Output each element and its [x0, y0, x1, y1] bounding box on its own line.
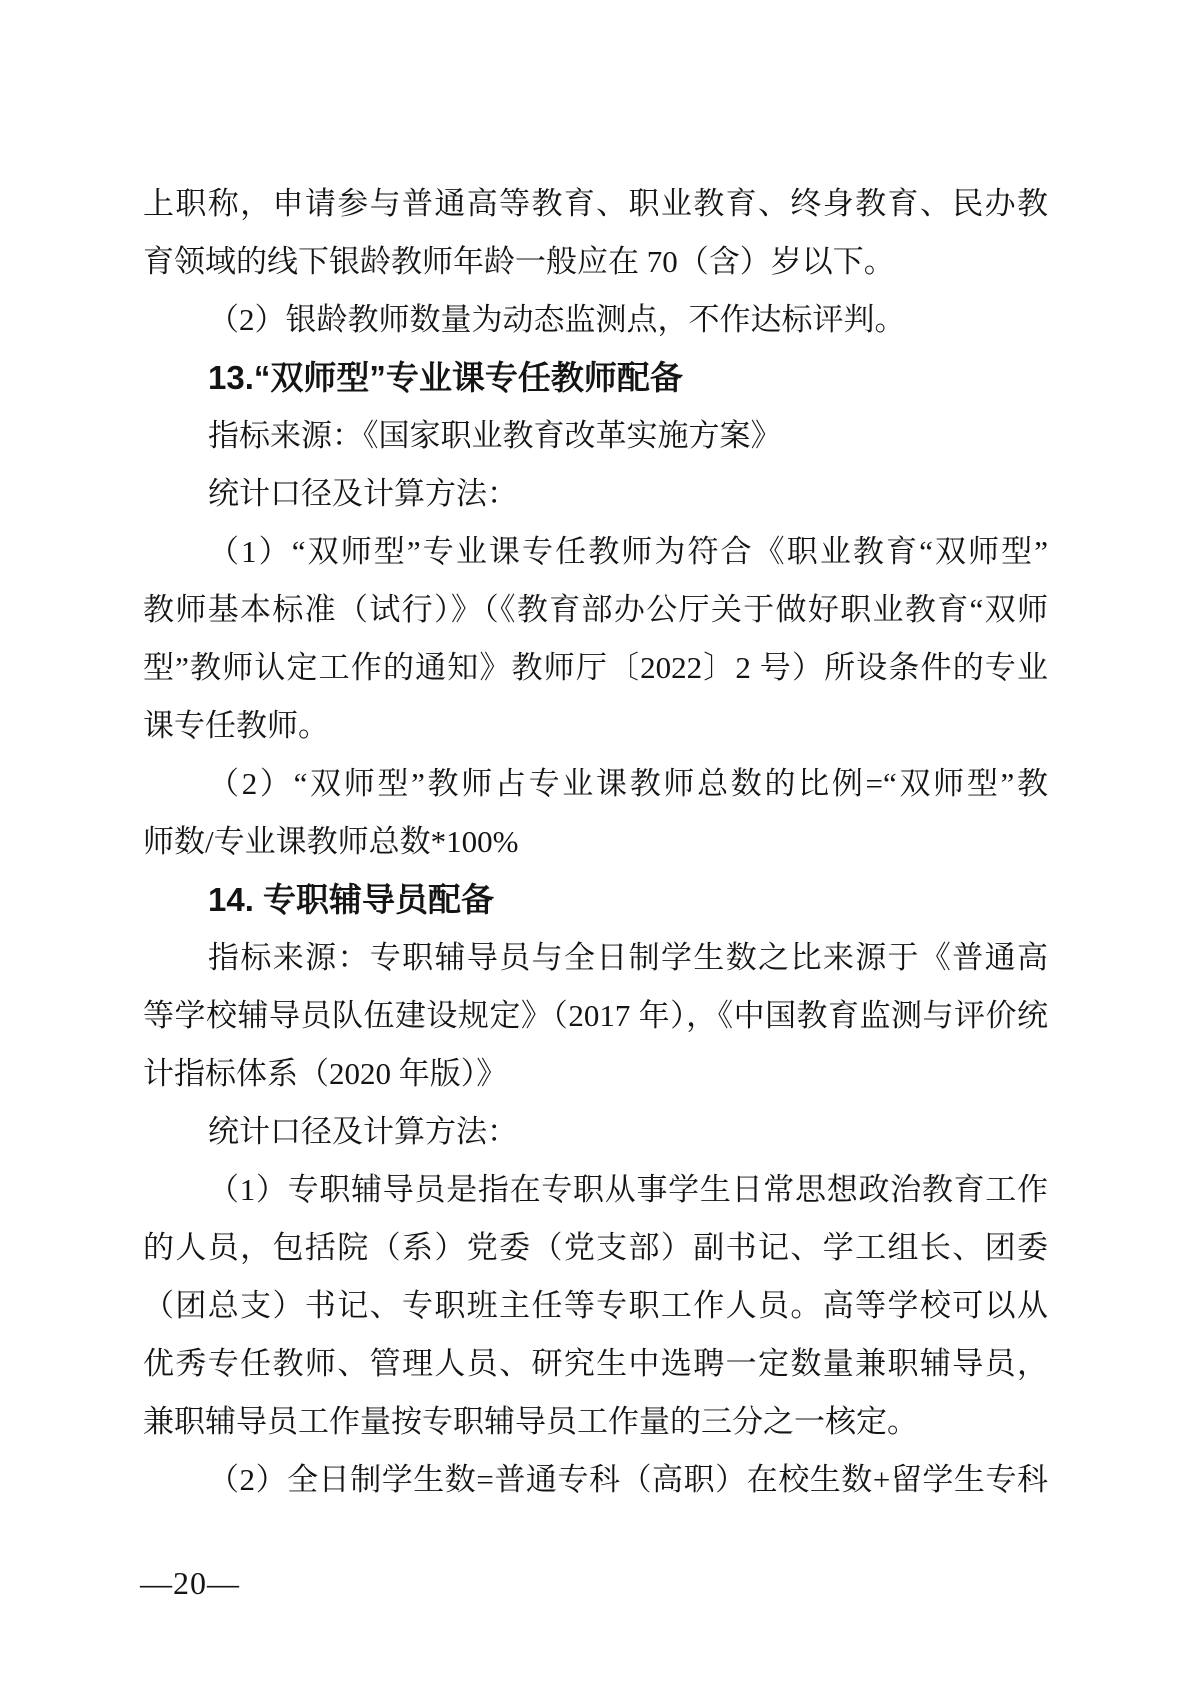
document-page: 上职称，申请参与普通高等教育、职业教育、终身教育、民办教 育领域的线下银龄教师年…: [0, 0, 1191, 1684]
body-line: 优秀专任教师、管理人员、研究生中选聘一定数量兼职辅导员，: [143, 1335, 1048, 1393]
body-line: 指标来源：《国家职业教育改革实施方案》: [143, 407, 1048, 465]
body-line: 兼职辅导员工作量按专职辅导员工作量的三分之一核定。: [143, 1393, 1048, 1451]
body-line: （2）“双师型”教师占专业课教师总数的比例=“双师型”教: [143, 755, 1048, 813]
body-line: 上职称，申请参与普通高等教育、职业教育、终身教育、民办教: [143, 175, 1048, 233]
body-line: 统计口径及计算方法：: [143, 465, 1048, 523]
body-line: 统计口径及计算方法：: [143, 1103, 1048, 1161]
body-line: 教师基本标准（试行）》（《教育部办公厅关于做好职业教育“双师: [143, 581, 1048, 639]
section-heading-13: 13.“双师型”专业课专任教师配备: [143, 349, 1048, 407]
section-heading-14: 14. 专职辅导员配备: [143, 871, 1048, 929]
body-line: 课专任教师。: [143, 697, 1048, 755]
body-line: （1）“双师型”专业课专任教师为符合《职业教育“双师型”: [143, 523, 1048, 581]
body-line: 指标来源：专职辅导员与全日制学生数之比来源于《普通高: [143, 929, 1048, 987]
body-line: （1）专职辅导员是指在专职从事学生日常思想政治教育工作: [143, 1161, 1048, 1219]
body-line: 的人员，包括院（系）党委（党支部）副书记、学工组长、团委: [143, 1219, 1048, 1277]
body-line: 计指标体系（2020 年版）》: [143, 1045, 1048, 1103]
body-line: （2）银龄教师数量为动态监测点，不作达标评判。: [143, 291, 1048, 349]
body-line: （团总支）书记、专职班主任等专职工作人员。高等学校可以从: [143, 1277, 1048, 1335]
body-line: 等学校辅导员队伍建设规定》（2017 年），《中国教育监测与评价统: [143, 987, 1048, 1045]
body-line: 型”教师认定工作的通知》教师厅〔2022〕2 号）所设条件的专业: [143, 639, 1048, 697]
body-line: 师数/专业课教师总数*100%: [143, 813, 1048, 871]
page-number: —20—: [140, 1563, 240, 1603]
body-line: 育领域的线下银龄教师年龄一般应在 70（含）岁以下。: [143, 233, 1048, 291]
document-body: 上职称，申请参与普通高等教育、职业教育、终身教育、民办教 育领域的线下银龄教师年…: [143, 175, 1048, 1509]
body-line: （2）全日制学生数=普通专科（高职）在校生数+留学生专科: [143, 1451, 1048, 1509]
